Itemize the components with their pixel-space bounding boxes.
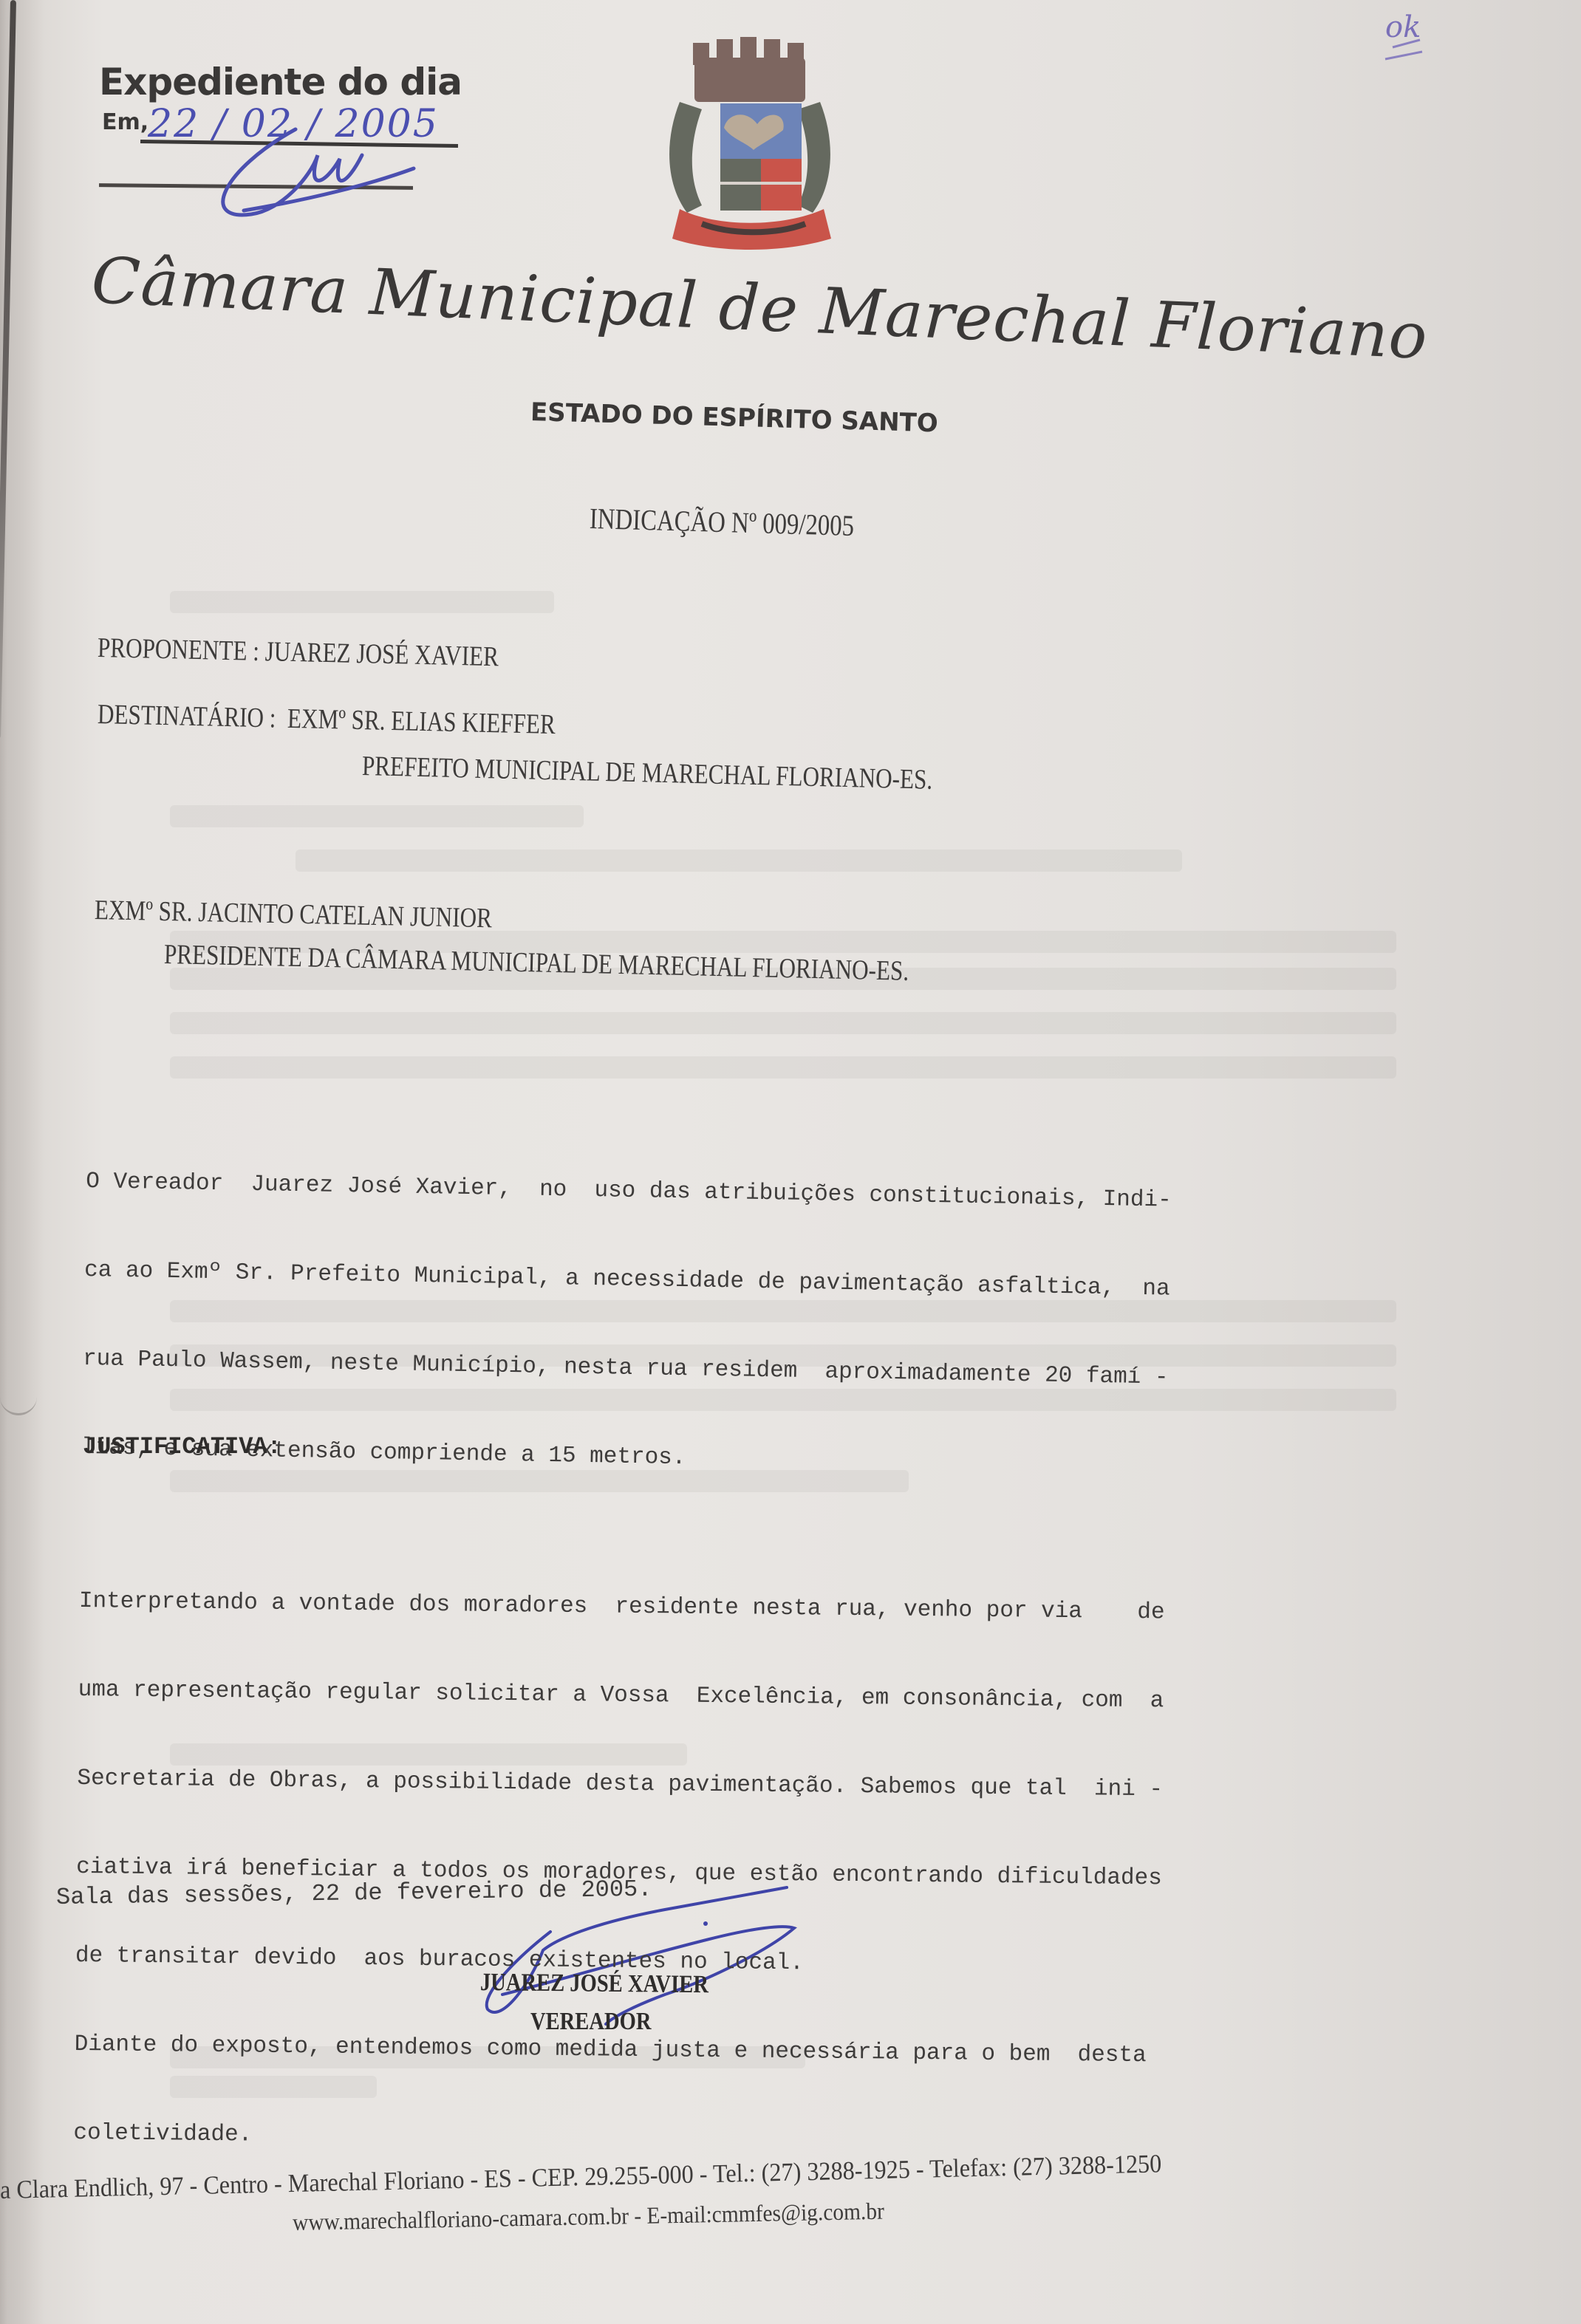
body-line: rua Paulo Wassem, neste Município, nesta… <box>83 1344 1169 1393</box>
proponente-value: JUAREZ JOSÉ XAVIER <box>264 636 499 672</box>
justificativa-line: Diante do exposto, entendemos como medid… <box>74 2030 1160 2071</box>
destinatario-label: DESTINATÁRIO : <box>98 699 276 734</box>
justificativa-line: Interpretando a vontade dos moradores re… <box>79 1587 1165 1627</box>
destinatario-name: EXMº SR. ELIAS KIEFFER <box>287 703 556 740</box>
body-line: ca ao Exmº Sr. Prefeito Municipal, a nec… <box>84 1256 1170 1305</box>
justificativa-body: Interpretando a vontade dos moradores re… <box>73 1528 1166 2189</box>
body-line: O Vereador Juarez José Xavier, no uso da… <box>86 1167 1172 1216</box>
justificativa-line: Secretaria de Obras, a possibilidade des… <box>77 1764 1163 1805</box>
signatory-name: JUAREZ JOSÉ XAVIER <box>480 1969 708 1999</box>
indicacao-number: INDICAÇÃO Nº 009/2005 <box>589 501 854 543</box>
proponente-label: PROPONENTE : <box>98 632 260 667</box>
justificativa-line: uma representação regular solicitar a Vo… <box>78 1675 1164 1716</box>
justificativa-heading: JUSTIFICATIVA: <box>83 1433 281 1460</box>
signatory-role: VEREADOR <box>530 2008 651 2036</box>
